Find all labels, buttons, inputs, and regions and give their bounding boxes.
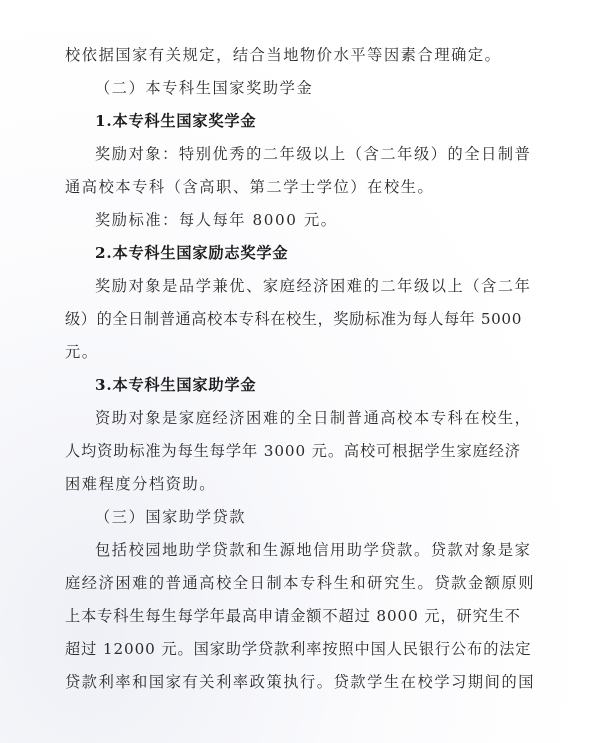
body-text-line: 庭经济困难的普通高校全日制本专科生和研究生。贷款金额原则 xyxy=(65,573,457,593)
body-text-line: 奖励对象是品学兼优、家庭经济困难的二年级以上（含二年 xyxy=(95,276,457,296)
section-heading: （三）国家助学贷款 xyxy=(95,507,457,527)
document-page: 校依据国家有关规定，结合当地物价水平等因素合理确定。 （二）本专科生国家奖助学金… xyxy=(0,0,593,743)
body-text-line: 贷款利率和国家有关利率政策执行。贷款学生在校学习期间的国 xyxy=(65,672,457,692)
body-text-line: 通高校本专科（含高职、第二学士学位）在校生。 xyxy=(65,177,457,197)
subsection-heading: 1.本专科生国家奖学金 xyxy=(95,111,457,131)
body-text-line: 奖励标准：每人每年 8000 元。 xyxy=(95,210,457,230)
body-text-line: 校依据国家有关规定，结合当地物价水平等因素合理确定。 xyxy=(65,45,457,65)
body-text-line: 超过 12000 元。国家助学贷款利率按照中国人民银行公布的法定 xyxy=(65,639,457,659)
body-text-line: 元。 xyxy=(65,342,457,362)
body-text-line: 包括校园地助学贷款和生源地信用助学贷款。贷款对象是家 xyxy=(95,540,457,560)
body-text-line: 级）的全日制普通高校本专科在校生，奖励标准为每人每年 5000 xyxy=(65,309,457,329)
body-text-line: 资助对象是家庭经济困难的全日制普通高校本专科在校生， xyxy=(95,408,457,428)
subsection-heading: 2.本专科生国家励志奖学金 xyxy=(95,243,457,263)
section-heading: （二）本专科生国家奖助学金 xyxy=(95,78,457,98)
body-text-line: 人均资助标准为每生每学年 3000 元。高校可根据学生家庭经济 xyxy=(65,441,457,461)
body-text-line: 奖励对象：特别优秀的二年级以上（含二年级）的全日制普 xyxy=(95,144,457,164)
subsection-heading: 3.本专科生国家助学金 xyxy=(95,375,457,395)
body-text-line: 上本专科生每生每学年最高申请金额不超过 8000 元，研究生不 xyxy=(65,606,457,626)
body-text-line: 困难程度分档资助。 xyxy=(65,474,457,494)
